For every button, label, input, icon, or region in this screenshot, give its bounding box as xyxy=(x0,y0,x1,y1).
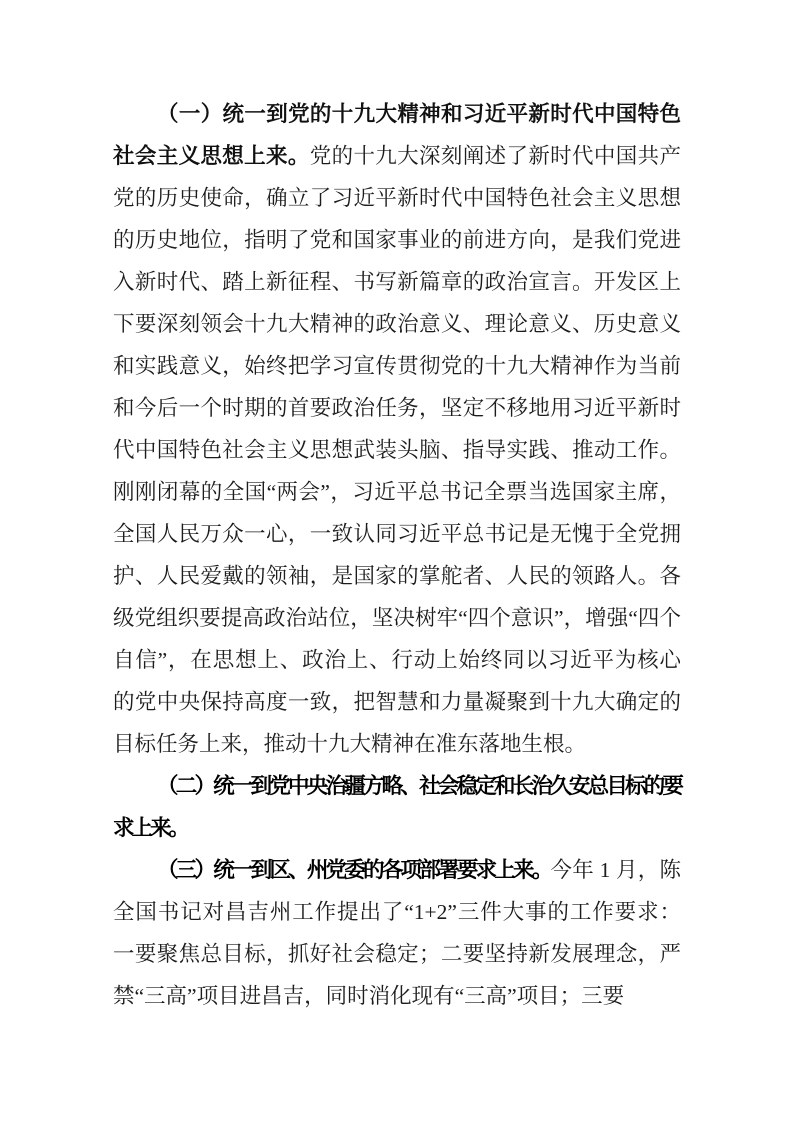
paragraph-1-body: 党的十九大深刻阐述了新时代中国共产党的历史使命，确立了习近平新时代中国特色社会主… xyxy=(113,144,681,756)
document-page: （一）统一到党的十九大精神和习近平新时代中国特色社会主义思想上来。党的十九大深刻… xyxy=(0,0,793,1122)
paragraph-2: （二）统一到党中央治疆方略、社会稳定和长治久安总目标的要求上来。 xyxy=(113,765,681,849)
paragraph-2-lead: （二）统一到党中央治疆方略、社会稳定和长治久安总目标的要求上来。 xyxy=(113,774,681,840)
paragraph-3-lead: （三）统一到区、州党委的各项部署要求上来。 xyxy=(157,858,551,882)
paragraph-1: （一）统一到党的十九大精神和习近平新时代中国特色社会主义思想上来。党的十九大深刻… xyxy=(113,93,681,765)
paragraph-3: （三）统一到区、州党委的各项部署要求上来。今年 1 月，陈全国书记对昌吉州工作提… xyxy=(113,849,681,1017)
